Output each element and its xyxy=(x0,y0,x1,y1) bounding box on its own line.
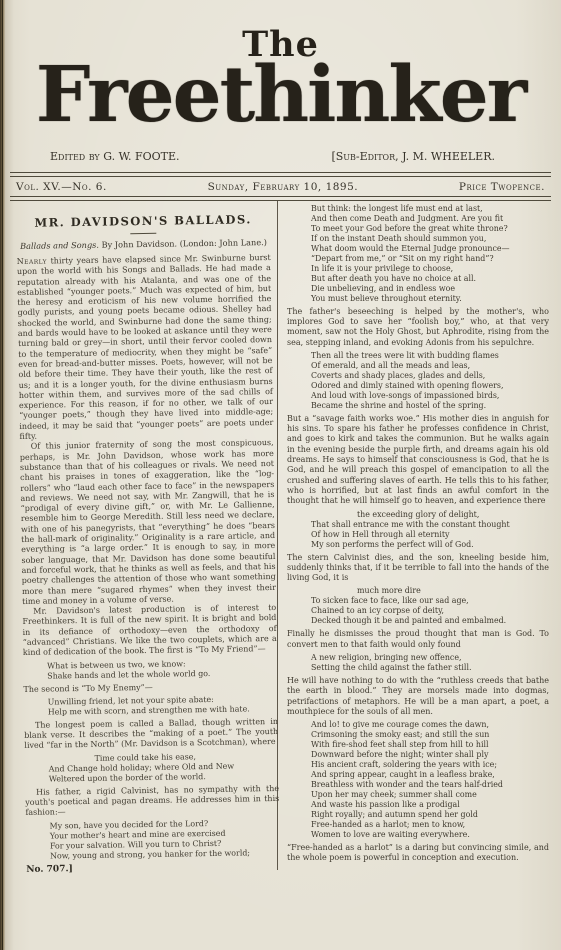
poem-line: Of how in Hell through all eternity xyxy=(311,530,549,540)
article-paragraph: Of this junior fraternity of song the mo… xyxy=(20,438,277,607)
article-paragraph: But a “savage faith works woe.” His moth… xyxy=(287,414,549,507)
poem-line: Setting the child against the father sti… xyxy=(311,663,549,673)
poem-line: But after death you have no choice at al… xyxy=(311,274,549,284)
header-rule-top xyxy=(10,172,551,177)
volume-date-row: Vol. XV.—No. 6. Sunday, February 10, 189… xyxy=(16,181,545,193)
article-paragraph: Mr. Davidson's latest production is of i… xyxy=(22,603,277,658)
masthead-title: Freethinker xyxy=(0,59,561,132)
masthead: The Freethinker xyxy=(0,0,561,132)
poem-line: Then all the trees were lit with budding… xyxy=(311,351,549,361)
binding-edge xyxy=(2,0,3,950)
article-paragraph: The longest poem is called a Ballad, tho… xyxy=(24,716,278,751)
poem-line: Breathless with wonder and the tears hal… xyxy=(311,780,549,790)
left-column-body: MR. DAVIDSON'S BALLADS. Ballads and Song… xyxy=(16,212,280,875)
poem-line: And lo! to give me courage comes the daw… xyxy=(311,720,549,730)
poem-excerpt: much more direTo sicken face to face, li… xyxy=(311,586,549,626)
poem-line: And waste his passion like a prodigal xyxy=(311,800,549,810)
poem-line: Right royally; and autumn spend her gold xyxy=(311,810,549,820)
right-column: But think: the longest life must end at … xyxy=(278,201,549,871)
issue-date: Sunday, February 10, 1895. xyxy=(208,181,359,193)
article-title: MR. DAVIDSON'S BALLADS. xyxy=(16,212,270,230)
poem-line: Became the shrine and hostel of the spri… xyxy=(311,401,549,411)
poem-line: the exceeding glory of delight, xyxy=(357,510,549,520)
left-column-text: Nearly thirty years have elapsed since M… xyxy=(17,253,280,862)
article-byline: Ballads and Songs. By John Davidson. (Lo… xyxy=(16,237,270,251)
article-paragraph: He will have nothing to do with the “rut… xyxy=(287,676,549,717)
poem-line: You must believe throughout eternity. xyxy=(311,294,549,304)
poem-line: Die unbelieving, and in endless woe xyxy=(311,284,549,294)
poem-line: Of emerald, and all the meads and leas, xyxy=(311,361,549,371)
poem-line: And then come Death and Judgment. Are yo… xyxy=(311,214,549,224)
newspaper-page: The Freethinker Edited by G. W. FOOTE. [… xyxy=(0,0,561,950)
paragraph-lead-word: Nearly xyxy=(17,256,47,265)
poem-line: Crimsoning the smoky east; and still the… xyxy=(311,730,549,740)
poem-line: What doom would the Eternal Judge pronou… xyxy=(311,244,549,254)
poem-excerpt: What is between us two, we know:Shake ha… xyxy=(47,657,277,681)
poem-line: And spring appear, caught in a leafless … xyxy=(311,770,549,780)
poem-line: To meet your God before the great white … xyxy=(311,224,549,234)
poem-line: much more dire xyxy=(357,586,549,596)
article-columns: MR. DAVIDSON'S BALLADS. Ballads and Song… xyxy=(16,201,549,871)
article-paragraph: The second is “To My Enemy”— xyxy=(23,680,277,694)
title-rule xyxy=(130,232,156,233)
article-paragraph: Nearly thirty years have elapsed since M… xyxy=(17,253,274,442)
poem-excerpt: Time could take his ease,And Change hold… xyxy=(48,750,278,784)
poem-line: If on the instant Death should summon yo… xyxy=(311,234,549,244)
price: Price Twopence. xyxy=(459,181,545,193)
poem-excerpt: Unwilling friend, let not your spite aba… xyxy=(48,693,278,717)
poem-line: My son performs the perfect will of God. xyxy=(311,540,549,550)
poem-excerpt: And lo! to give me courage comes the daw… xyxy=(311,720,549,840)
poem-excerpt: My son, have you decided for the Lord?Yo… xyxy=(50,817,281,861)
poem-line: But think: the longest life must end at … xyxy=(311,204,549,214)
poem-excerpt: A new religion, bringing new offence,Set… xyxy=(311,653,549,673)
byline-author: By John Davidson. (London: John Lane.) xyxy=(101,237,267,250)
poem-line: A new religion, bringing new offence, xyxy=(311,653,549,663)
poem-line: Coverts and shady places, glades and del… xyxy=(311,371,549,381)
poem-line: Odored and dimly stained with opening fl… xyxy=(311,381,549,391)
poem-line: His ancient craft, soldering the years w… xyxy=(311,760,549,770)
poem-line: Chained to an icy corpse of deity, xyxy=(311,606,549,616)
poem-line: With fire-shod feet shall step from hill… xyxy=(311,740,549,750)
article-paragraph: Finally he dismisses the proud thought t… xyxy=(287,629,549,650)
poem-line: Women to love are waiting everywhere. xyxy=(311,830,549,840)
poem-line: That shall entrance me with the constant… xyxy=(311,520,549,530)
poem-line: To sicken face to face, like our sad age… xyxy=(311,596,549,606)
poem-excerpt: But think: the longest life must end at … xyxy=(311,204,549,304)
poem-excerpt: the exceeding glory of delight,That shal… xyxy=(311,510,549,550)
volume-number: Vol. XV.—No. 6. xyxy=(16,181,107,193)
editor-row: Edited by G. W. FOOTE. [Sub-Editor, J. M… xyxy=(50,150,495,163)
poem-line: In life it is your privilege to choose, xyxy=(311,264,549,274)
poem-line: “Depart from me,” or “Sit on my right ha… xyxy=(311,254,549,264)
poem-line: Downward before the night; winter shall … xyxy=(311,750,549,760)
poem-line: Upon her may cheek; summer shall come xyxy=(311,790,549,800)
article-paragraph: The father's beseeching is helped by the… xyxy=(287,307,549,348)
poem-line: Decked though it be and painted and emba… xyxy=(311,616,549,626)
poem-line: Free-handed as a harlot; men to know, xyxy=(311,820,549,830)
article-paragraph: The stern Calvinist dies, and the son, k… xyxy=(287,553,549,584)
article-paragraph: “Free-handed as a harlot” is a daring bu… xyxy=(287,843,549,864)
editor-credit: Edited by G. W. FOOTE. xyxy=(50,150,180,163)
article-paragraph: His father, a rigid Calvinist, has no sy… xyxy=(25,783,279,818)
left-column: MR. DAVIDSON'S BALLADS. Ballads and Song… xyxy=(16,201,278,871)
byline-book-title: Ballads and Songs. xyxy=(20,239,99,250)
poem-excerpt: Then all the trees were lit with budding… xyxy=(311,351,549,411)
issue-footer-number: No. 707.] xyxy=(26,860,280,874)
sub-editor-credit: [Sub-Editor, J. M. WHEELER. xyxy=(331,150,495,163)
poem-line: And loud with love-songs of impassioned … xyxy=(311,391,549,401)
